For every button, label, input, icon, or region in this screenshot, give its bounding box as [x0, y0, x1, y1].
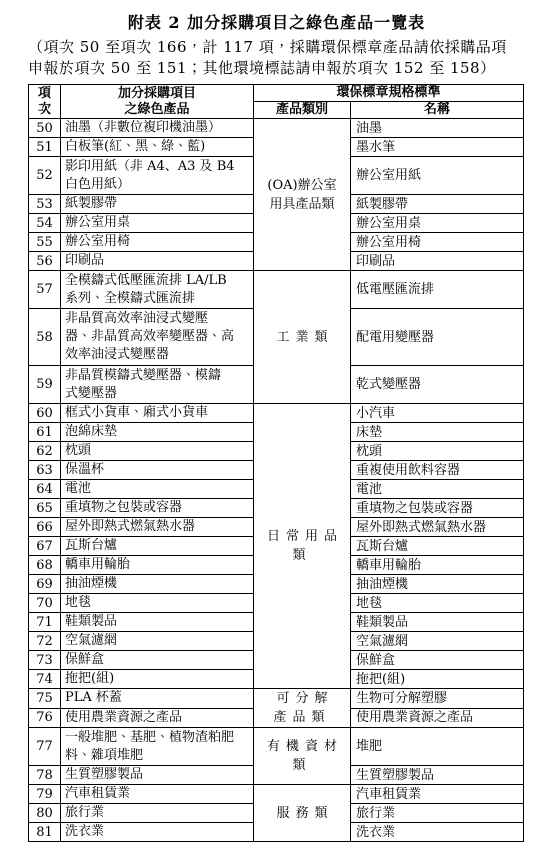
cell-green-product: 拖把(組) — [61, 670, 254, 689]
table-body: 50油墨（非數位複印機油墨）(OA)辦公室 用具產品類油墨51白板筆(紅、黑、綠… — [29, 119, 524, 842]
cell-standard-name: 瓦斯台爐 — [351, 537, 524, 556]
cell-green-product: 瓦斯台爐 — [61, 537, 254, 556]
cell-item-no: 80 — [29, 804, 61, 823]
cell-item-no: 73 — [29, 651, 61, 670]
cell-standard-name: 汽車租賃業 — [351, 785, 524, 804]
cell-item-no: 51 — [29, 138, 61, 157]
cell-item-no: 65 — [29, 499, 61, 518]
cell-green-product: 辦公室用桌 — [61, 214, 254, 233]
cell-item-no: 77 — [29, 728, 61, 766]
cell-item-no: 63 — [29, 461, 61, 480]
page-title: 附表 2 加分採購項目之綠色產品一覽表 — [28, 10, 525, 33]
cell-item-no: 78 — [29, 766, 61, 785]
cell-standard-name: 洗衣業 — [351, 823, 524, 842]
cell-standard-name: 紙製膠帶 — [351, 195, 524, 214]
cell-green-product: 辦公室用椅 — [61, 233, 254, 252]
cell-standard-name: 抽油煙機 — [351, 575, 524, 594]
cell-standard-name: 重填物之包裝或容器 — [351, 499, 524, 518]
cell-green-product: 紙製膠帶 — [61, 195, 254, 214]
cell-standard-name: 空氣濾網 — [351, 632, 524, 651]
cell-item-no: 71 — [29, 613, 61, 632]
cell-green-product: 汽車租賃業 — [61, 785, 254, 804]
cell-standard-name: 辦公室用椅 — [351, 233, 524, 252]
cell-green-product: 電池 — [61, 480, 254, 499]
cell-standard-name: 辦公室用桌 — [351, 214, 524, 233]
cell-green-product: 地毯 — [61, 594, 254, 613]
cell-standard-name: 旅行業 — [351, 804, 524, 823]
cell-green-product: 白板筆(紅、黑、綠、藍) — [61, 138, 254, 157]
cell-green-product: 油墨（非數位複印機油墨） — [61, 119, 254, 138]
cell-standard-name: 墨水筆 — [351, 138, 524, 157]
cell-item-no: 60 — [29, 404, 61, 423]
table-row: 75PLA 杯蓋可分解 產品類生物可分解塑膠 — [29, 689, 524, 709]
cell-green-product: 枕頭 — [61, 442, 254, 461]
cell-green-product: 旅行業 — [61, 804, 254, 823]
cell-item-no: 56 — [29, 252, 61, 271]
cell-product-category: 服務類 — [254, 785, 351, 842]
header-item-no: 項 次 — [29, 85, 61, 119]
cell-item-no: 52 — [29, 157, 61, 195]
cell-green-product: 屋外即熱式燃氣熱水器 — [61, 518, 254, 537]
table-row: 79汽車租賃業服務類汽車租賃業 — [29, 785, 524, 804]
cell-standard-name: 鞋類製品 — [351, 613, 524, 632]
cell-standard-name: 使用農業資源之產品 — [351, 708, 524, 728]
header-spec-standard: 環保標章規格標準 — [254, 85, 524, 102]
cell-standard-name: 屋外即熱式燃氣熱水器 — [351, 518, 524, 537]
cell-green-product: 使用農業資源之產品 — [61, 708, 254, 728]
cell-item-no: 66 — [29, 518, 61, 537]
cell-item-no: 69 — [29, 575, 61, 594]
header-product: 加分採購項目 之綠色產品 — [61, 85, 254, 119]
table-row: 57全模鑄式低壓匯流排 LA/LB 系列、全模鑄式匯流排工業類低電壓匯流排 — [29, 271, 524, 309]
cell-standard-name: 保鮮盒 — [351, 651, 524, 670]
header-category: 產品類別 — [254, 102, 351, 119]
cell-standard-name: 辦公室用紙 — [351, 157, 524, 195]
cell-item-no: 54 — [29, 214, 61, 233]
document-page: 附表 2 加分採購項目之綠色產品一覽表 （項次 50 至項次 166，計 117… — [0, 0, 553, 842]
cell-product-category: 有機資材類 — [254, 728, 351, 785]
cell-green-product: 非晶質模鑄式變壓器、模鑄 式變壓器 — [61, 366, 254, 404]
green-products-table: 項 次 加分採購項目 之綠色產品 環保標章規格標準 產品類別 名稱 50油墨（非… — [28, 84, 524, 842]
table-row: 77一般堆肥、基肥、植物渣粕肥 料、雜項堆肥有機資材類堆肥 — [29, 728, 524, 766]
cell-standard-name: 油墨 — [351, 119, 524, 138]
cell-standard-name: 生質塑膠製品 — [351, 766, 524, 785]
cell-item-no: 81 — [29, 823, 61, 842]
cell-item-no: 79 — [29, 785, 61, 804]
cell-item-no: 75 — [29, 689, 61, 709]
cell-green-product: 非晶質高效率油浸式變壓 器、非晶質高效率變壓器、高 效率油浸式變壓器 — [61, 309, 254, 366]
cell-item-no: 59 — [29, 366, 61, 404]
table-header: 項 次 加分採購項目 之綠色產品 環保標章規格標準 產品類別 名稱 — [29, 85, 524, 119]
cell-standard-name: 低電壓匯流排 — [351, 271, 524, 309]
cell-item-no: 64 — [29, 480, 61, 499]
cell-green-product: 影印用紙（非 A4、A3 及 B4 白色用紙） — [61, 157, 254, 195]
cell-standard-name: 枕頭 — [351, 442, 524, 461]
cell-item-no: 70 — [29, 594, 61, 613]
cell-standard-name: 乾式變壓器 — [351, 366, 524, 404]
cell-green-product: 保溫杯 — [61, 461, 254, 480]
cell-green-product: 轎車用輪胎 — [61, 556, 254, 575]
cell-standard-name: 轎車用輪胎 — [351, 556, 524, 575]
cell-product-category: 可分解 產品類 — [254, 689, 351, 728]
cell-standard-name: 配電用變壓器 — [351, 309, 524, 366]
cell-green-product: 抽油煙機 — [61, 575, 254, 594]
cell-green-product: 洗衣業 — [61, 823, 254, 842]
cell-standard-name: 堆肥 — [351, 728, 524, 766]
table-row: 50油墨（非數位複印機油墨）(OA)辦公室 用具產品類油墨 — [29, 119, 524, 138]
cell-green-product: 一般堆肥、基肥、植物渣粕肥 料、雜項堆肥 — [61, 728, 254, 766]
cell-standard-name: 生物可分解塑膠 — [351, 689, 524, 709]
header-name: 名稱 — [351, 102, 524, 119]
cell-green-product: 全模鑄式低壓匯流排 LA/LB 系列、全模鑄式匯流排 — [61, 271, 254, 309]
cell-item-no: 58 — [29, 309, 61, 366]
cell-item-no: 50 — [29, 119, 61, 138]
cell-standard-name: 小汽車 — [351, 404, 524, 423]
cell-product-category: (OA)辦公室 用具產品類 — [254, 119, 351, 271]
cell-standard-name: 印刷品 — [351, 252, 524, 271]
cell-green-product: 生質塑膠製品 — [61, 766, 254, 785]
cell-item-no: 57 — [29, 271, 61, 309]
header-row-top: 項 次 加分採購項目 之綠色產品 環保標章規格標準 — [29, 85, 524, 102]
cell-item-no: 67 — [29, 537, 61, 556]
cell-green-product: 空氣濾網 — [61, 632, 254, 651]
cell-product-category: 日常用品類 — [254, 404, 351, 689]
cell-green-product: 鞋類製品 — [61, 613, 254, 632]
cell-item-no: 76 — [29, 708, 61, 728]
cell-item-no: 72 — [29, 632, 61, 651]
cell-green-product: 重填物之包裝或容器 — [61, 499, 254, 518]
cell-item-no: 55 — [29, 233, 61, 252]
cell-standard-name: 床墊 — [351, 423, 524, 442]
cell-item-no: 61 — [29, 423, 61, 442]
cell-green-product: 泡綿床墊 — [61, 423, 254, 442]
page-subtitle: （項次 50 至項次 166，計 117 項，採購環保標章產品請依採購品項 申報… — [28, 37, 525, 79]
cell-standard-name: 拖把(組) — [351, 670, 524, 689]
cell-green-product: 保鮮盒 — [61, 651, 254, 670]
table-row: 60框式小貨車、廂式小貨車日常用品類小汽車 — [29, 404, 524, 423]
cell-green-product: 印刷品 — [61, 252, 254, 271]
cell-standard-name: 地毯 — [351, 594, 524, 613]
cell-item-no: 68 — [29, 556, 61, 575]
cell-standard-name: 電池 — [351, 480, 524, 499]
cell-item-no: 62 — [29, 442, 61, 461]
cell-green-product: 框式小貨車、廂式小貨車 — [61, 404, 254, 423]
cell-standard-name: 重複使用飲料容器 — [351, 461, 524, 480]
cell-item-no: 74 — [29, 670, 61, 689]
cell-item-no: 53 — [29, 195, 61, 214]
cell-green-product: PLA 杯蓋 — [61, 689, 254, 709]
cell-product-category: 工業類 — [254, 271, 351, 404]
